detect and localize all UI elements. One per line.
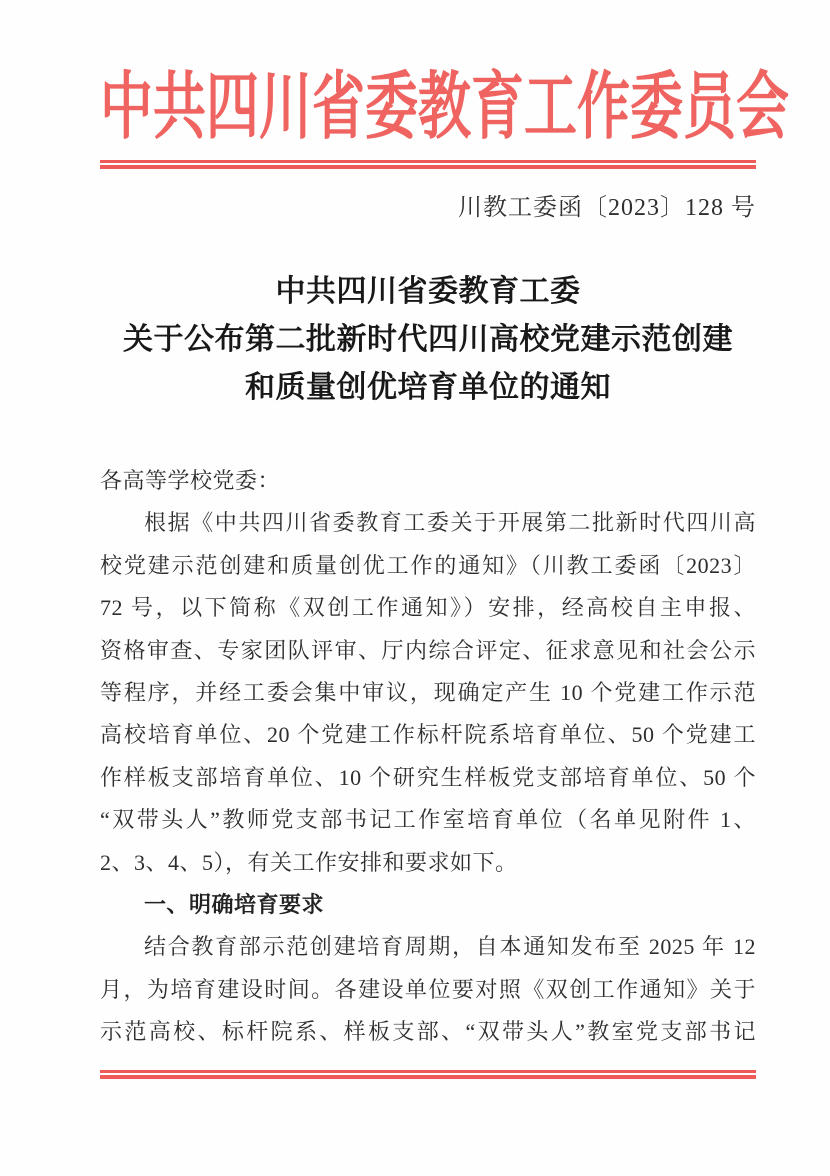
- body-text-line: 2、3、4、5），有关工作安排和要求如下。: [100, 842, 756, 884]
- footer-rule-bottom-bar: [100, 1075, 756, 1079]
- document-number: 川教工委函〔2023〕128 号: [100, 193, 756, 223]
- body-text-line: 结合教育部示范创建培育周期，自本通知发布至 2025 年 12: [100, 926, 756, 968]
- header-rule-bottom-bar: [100, 165, 756, 169]
- document-title: 中共四川省委教育工委 关于公布第二批新时代四川高校党建示范创建 和质量创优培育单…: [100, 268, 756, 412]
- body-text-line: 资格审查、专家团队评审、厅内综合评定、征求意见和社会公示: [100, 630, 756, 672]
- body-text-line: 各高等学校党委：: [100, 460, 756, 502]
- body-text-line: 72 号，以下简称《双创工作通知》）安排，经高校自主申报、: [100, 587, 756, 629]
- body-text-line: 根据《中共四川省委教育工委关于开展第二批新时代四川高: [100, 502, 756, 544]
- body-text-line: “双带头人”教师党支部书记工作室培育单位（名单见附件 1、: [100, 799, 756, 841]
- letterhead-title: 中共四川省委教育工作委员会: [100, 72, 756, 145]
- body-text-line: 等程序，并经工委会集中审议，现确定产生 10 个党建工作示范: [100, 672, 756, 714]
- body-text-line: 校党建示范创建和质量创优工作的通知》（川教工委函〔2023〕: [100, 545, 756, 587]
- document-body: 各高等学校党委： 根据《中共四川省委教育工委关于开展第二批新时代四川高 校党建示…: [100, 460, 756, 1053]
- document-title-line: 和质量创优培育单位的通知: [100, 364, 756, 412]
- body-text-line: 示范高校、标杆院系、样板支部、“双带头人”教室党支部书记: [100, 1011, 756, 1053]
- body-text-line: 月，为培育建设时间。各建设单位要对照《双创工作通知》关于: [100, 969, 756, 1011]
- body-text-line: 高校培育单位、20 个党建工作标杆院系培育单位、50 个党建工: [100, 714, 756, 756]
- header-rule: [100, 160, 756, 169]
- body-text-line: 作样板支部培育单位、10 个研究生样板党支部培育单位、50 个: [100, 757, 756, 799]
- document-title-line: 中共四川省委教育工委: [100, 268, 756, 316]
- body-text-line: 一、明确培育要求: [100, 884, 756, 926]
- footer-rule: [100, 1070, 756, 1079]
- document-page: 中共四川省委教育工作委员会 川教工委函〔2023〕128 号 中共四川省委教育工…: [0, 0, 830, 1176]
- document-title-line: 关于公布第二批新时代四川高校党建示范创建: [100, 316, 756, 364]
